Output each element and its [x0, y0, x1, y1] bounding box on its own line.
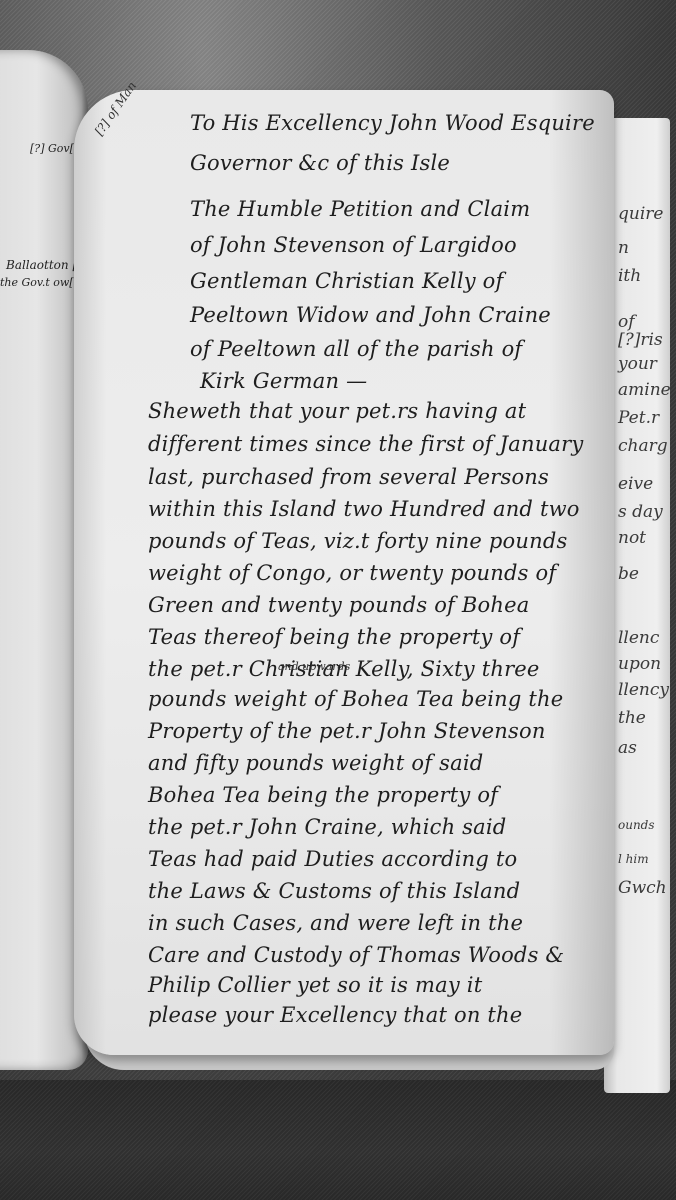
right-page-fragment: upon: [618, 654, 661, 674]
right-page-fragment: llenc: [618, 628, 659, 648]
right-page-fragment: quire: [618, 204, 663, 224]
right-page-fragment: Gwch: [618, 878, 667, 898]
right-page-fragment: ith: [618, 266, 641, 286]
left-page-fragment: the Gov.t ow[?]: [0, 276, 84, 289]
right-page-fragment: be: [618, 564, 639, 584]
right-page-fragment: n: [618, 238, 629, 258]
right-page-fragment: charg: [618, 436, 668, 456]
right-page-fragment: the: [618, 708, 646, 728]
right-page-fragment: of: [618, 312, 635, 332]
right-page-fragment: Pet.r: [618, 408, 659, 428]
right-page-fragment: ounds: [618, 818, 655, 832]
petitioners-line: Peeltown Widow and John Craine: [190, 296, 551, 334]
right-page-fragment: l him: [618, 852, 649, 866]
right-page-fragment: llency: [618, 680, 669, 700]
right-page-fragment: your: [618, 354, 657, 374]
interlinear-insertion: and upwards: [278, 660, 350, 673]
right-page-fragment: amine: [618, 380, 671, 400]
petitioners-line: of John Stevenson of Largidoo: [190, 226, 517, 264]
petitioners-line: The Humble Petition and Claim: [190, 190, 530, 228]
right-page-fragment: eive: [618, 474, 653, 494]
heading-line: Governor &c of this Isle: [190, 144, 450, 182]
right-page-fragment: as: [618, 738, 637, 758]
petitioners-line: Gentleman Christian Kelly of: [190, 262, 503, 300]
background-cloth-lower: [0, 1080, 676, 1200]
heading-line: To His Excellency John Wood Esquire: [190, 104, 595, 142]
body-line: please your Excellency that on the: [148, 996, 522, 1034]
right-page-fragment: not: [618, 528, 646, 548]
right-page-fragment: s day: [618, 502, 663, 522]
right-page-fragment: [?]ris: [618, 330, 663, 350]
